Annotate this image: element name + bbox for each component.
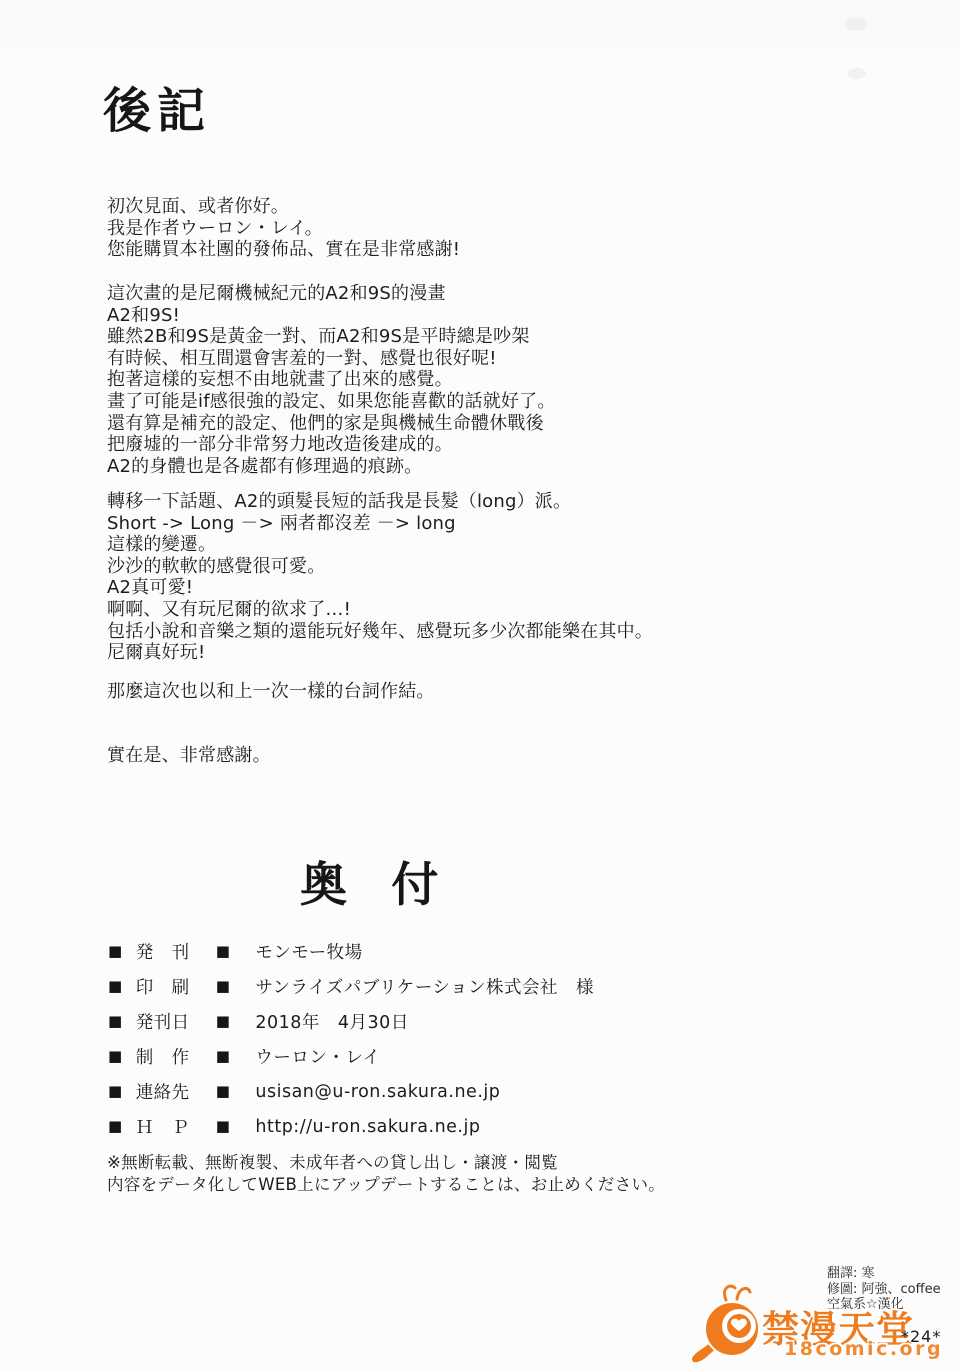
text-line: 抱著這樣的妄想不由地就畫了出來的感覺。 — [107, 369, 747, 391]
colophon-row-value: 2018年 4月30日 — [255, 1009, 408, 1034]
colophon-row-label: 印 刷 — [136, 974, 216, 999]
colophon-row-author: ■ 制 作 ■ ウーロン・レイ — [108, 1039, 808, 1074]
colophon-row-printer: ■ 印 刷 ■ サンライズパブリケーション株式会社 様 — [108, 969, 808, 1004]
afterword-paragraph-closing: 那麼這次也以和上一次一樣的台詞作結。 — [107, 681, 747, 703]
text-line: 實在是、非常感謝。 — [107, 745, 747, 767]
colophon-row-publisher: ■ 発 刊 ■ モンモー牧場 — [108, 934, 808, 969]
bullet-square-icon: ■ — [216, 1119, 231, 1134]
text-line: 包括小說和音樂之類的還能玩好幾年、感覺玩多少次都能樂在其中。 — [107, 621, 747, 643]
bullet-square-icon: ■ — [108, 1014, 123, 1029]
text-line: 這樣的變遷。 — [107, 534, 747, 556]
text-line: 您能購買本社團的發佈品、實在是非常感謝! — [107, 239, 747, 261]
colophon-row-label: 制 作 — [136, 1044, 216, 1069]
reproduction-notice: ※無断転載、無断複製、未成年者への貸し出し・譲渡・閲覧 内容をデータ化してWEB… — [107, 1152, 665, 1196]
text-line: Short -> Long －> 兩者都沒差 －> long — [107, 513, 747, 535]
text-line: 我是作者ウーロン・レイ。 — [107, 218, 747, 240]
scan-edge-band — [0, 0, 960, 48]
text-line: 沙沙的軟軟的感覺很可愛。 — [107, 556, 747, 578]
bullet-square-icon: ■ — [108, 944, 123, 959]
colophon-row-value: usisan@u-ron.sakura.ne.jp — [255, 1082, 500, 1102]
page-number: *24* — [901, 1327, 941, 1346]
text-line: A2和9S! — [107, 305, 747, 327]
text-line: 把廢墟的一部分非常努力地改造後建成的。 — [107, 434, 747, 456]
text-line: 還有算是補充的設定、他們的家是與機械生命體休戰後 — [107, 413, 747, 435]
site-watermark: 禁漫天堂 18comic.org — [686, 1280, 960, 1371]
bullet-square-icon: ■ — [108, 1084, 123, 1099]
bullet-square-icon: ■ — [108, 979, 123, 994]
afterword-paragraph-greeting: 初次見面、或者你好。 我是作者ウーロン・レイ。 您能購買本社團的發佈品、實在是非… — [107, 196, 747, 261]
colophon-row-label: Ｈ Ｐ — [136, 1114, 216, 1139]
bullet-square-icon: ■ — [216, 1084, 231, 1099]
afterword-paragraph-about-comic: 這次畫的是尼爾機械紀元的A2和9S的漫畫 A2和9S! 雖然2B和9S是黃金一對… — [107, 283, 747, 477]
scan-artifact — [848, 68, 866, 79]
text-line: 初次見面、或者你好。 — [107, 196, 747, 218]
text-line: 轉移一下話題、A2的頭髮長短的話我是長髮（long）派。 — [107, 491, 747, 513]
bullet-square-icon: ■ — [216, 944, 231, 959]
afterword-paragraph-thanks: 實在是、非常感謝。 — [107, 745, 747, 767]
colophon-row-homepage: ■ Ｈ Ｐ ■ http://u-ron.sakura.ne.jp — [108, 1109, 808, 1144]
afterword-paragraph-hair-talk: 轉移一下話題、A2的頭髮長短的話我是長髮（long）派。 Short -> Lo… — [107, 491, 747, 664]
text-line: 啊啊、又有玩尼爾的欲求了…! — [107, 599, 747, 621]
text-line: ※無断転載、無断複製、未成年者への貸し出し・譲渡・閲覧 — [107, 1152, 665, 1174]
colophon-row-label: 連絡先 — [136, 1079, 216, 1104]
scan-artifact — [845, 18, 867, 31]
bullet-square-icon: ■ — [108, 1049, 123, 1064]
text-line: 那麼這次也以和上一次一樣的台詞作結。 — [107, 681, 747, 703]
bullet-square-icon: ■ — [216, 1014, 231, 1029]
colophon-row-label: 発 刊 — [136, 939, 216, 964]
bullet-square-icon: ■ — [216, 1049, 231, 1064]
text-line: 内容をデータ化してWEB上にアップデートすることは、お止めください。 — [107, 1174, 665, 1196]
colophon-row-value: モンモー牧場 — [255, 939, 362, 964]
colophon-row-publish-date: ■ 発刊日 ■ 2018年 4月30日 — [108, 1004, 808, 1039]
colophon-row-value: サンライズパブリケーション株式会社 様 — [255, 974, 594, 999]
text-line: 這次畫的是尼爾機械紀元的A2和9S的漫畫 — [107, 283, 747, 305]
colophon-title: 奥 付 — [300, 848, 452, 915]
afterword-title: 後記 — [103, 72, 211, 141]
bullet-square-icon: ■ — [216, 979, 231, 994]
colophon-row-contact: ■ 連絡先 ■ usisan@u-ron.sakura.ne.jp — [108, 1074, 808, 1109]
colophon-rows: ■ 発 刊 ■ モンモー牧場 ■ 印 刷 ■ サンライズパブリケーション株式会社… — [108, 934, 808, 1144]
text-line: 有時候、相互間還會害羞的一對、感覺也很好呢! — [107, 348, 747, 370]
text-line: A2的身體也是各處都有修理過的痕跡。 — [107, 456, 747, 478]
text-line: 畫了可能是if感很強的設定、如果您能喜歡的話就好了。 — [107, 391, 747, 413]
colophon-row-label: 発刊日 — [136, 1009, 216, 1034]
colophon-row-value: ウーロン・レイ — [255, 1044, 380, 1069]
colophon-row-value: http://u-ron.sakura.ne.jp — [255, 1117, 480, 1137]
text-line: 尼爾真好玩! — [107, 642, 747, 664]
text-line: 雖然2B和9S是黃金一對、而A2和9S是平時總是吵架 — [107, 326, 747, 348]
text-line: A2真可愛! — [107, 577, 747, 599]
bullet-square-icon: ■ — [108, 1119, 123, 1134]
scanned-afterword-page: 後記 初次見面、或者你好。 我是作者ウーロン・レイ。 您能購買本社團的發佈品、實… — [0, 0, 960, 1371]
whale-mascot-icon — [686, 1280, 768, 1368]
